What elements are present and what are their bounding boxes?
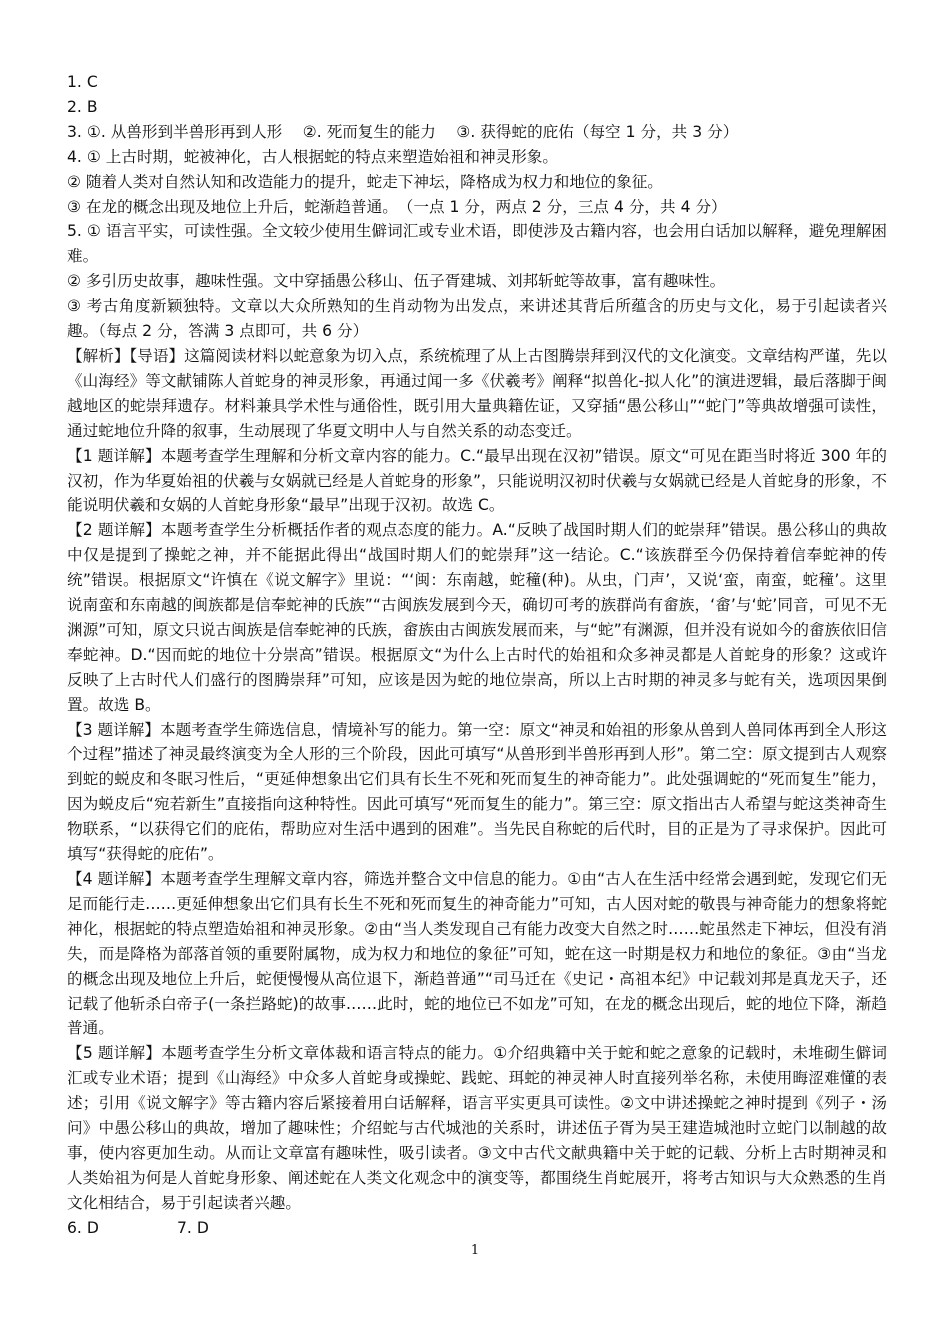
answer-6: 6. D xyxy=(67,1216,177,1241)
question-3-detail: 【3 题详解】本题考查学生筛选信息，情境补写的能力。第一空：原文“神灵和始祖的形… xyxy=(67,718,887,867)
page-number: 1 xyxy=(0,1243,950,1258)
answer-5-point-3: ③ 考古角度新颖独特。文章以大众所熟知的生肖动物为出发点，来讲述其背后所蕴含的历… xyxy=(67,294,887,344)
answer-3: 3. ①. 从兽形到半兽形再到人形 ②. 死而复生的能力 ③. 获得蛇的庇佑（每… xyxy=(67,120,887,145)
answer-4-point-2: ② 随着人类对自然认知和改造能力的提升，蛇走下神坛，降格成为权力和地位的象征。 xyxy=(67,170,887,195)
answer-5: 5. ① 语言平实，可读性强。全文较少使用生僻词汇或专业术语，即使涉及古籍内容，… xyxy=(67,219,887,344)
answer-4-point-1: 4. ① 上古时期，蛇被神化，古人根据蛇的特点来塑造始祖和神灵形象。 xyxy=(67,145,887,170)
analysis-intro: 【解析】【导语】这篇阅读材料以蛇意象为切入点，系统梳理了从上古图腾崇拜到汉代的文… xyxy=(67,344,887,444)
answer-5-point-2: ② 多引历史故事，趣味性强。文中穿插愚公移山、伍子胥建城、刘邦斩蛇等故事，富有趣… xyxy=(67,269,887,294)
question-5-detail: 【5 题详解】本题考查学生分析文章体裁和语言特点的能力。①介绍典籍中关于蛇和蛇之… xyxy=(67,1041,887,1215)
answer-4: 4. ① 上古时期，蛇被神化，古人根据蛇的特点来塑造始祖和神灵形象。 ② 随着人… xyxy=(67,145,887,220)
question-2-detail: 【2 题详解】本题考查学生分析概括作者的观点态度的能力。A.“反映了战国时期人们… xyxy=(67,518,887,717)
answer-7: 7. D xyxy=(177,1216,209,1241)
answer-4-point-3: ③ 在龙的概念出现及地位上升后，蛇渐趋普通。 （一点 1 分，两点 2 分，三点… xyxy=(67,195,887,220)
document-page: 1. C 2. B 3. ①. 从兽形到半兽形再到人形 ②. 死而复生的能力 ③… xyxy=(67,70,887,1241)
answer-2: 2. B xyxy=(67,95,887,120)
answer-1: 1. C xyxy=(67,70,887,95)
question-1-detail: 【1 题详解】本题考查学生理解和分析文章内容的能力。C.“最早出现在汉初”错误。… xyxy=(67,444,887,519)
question-4-detail: 【4 题详解】本题考查学生理解文章内容，筛选并整合文中信息的能力。①由“古人在生… xyxy=(67,867,887,1041)
answer-5-point-1: 5. ① 语言平实，可读性强。全文较少使用生僻词汇或专业术语，即使涉及古籍内容，… xyxy=(67,219,887,269)
answers-6-7: 6. D 7. D xyxy=(67,1216,887,1241)
